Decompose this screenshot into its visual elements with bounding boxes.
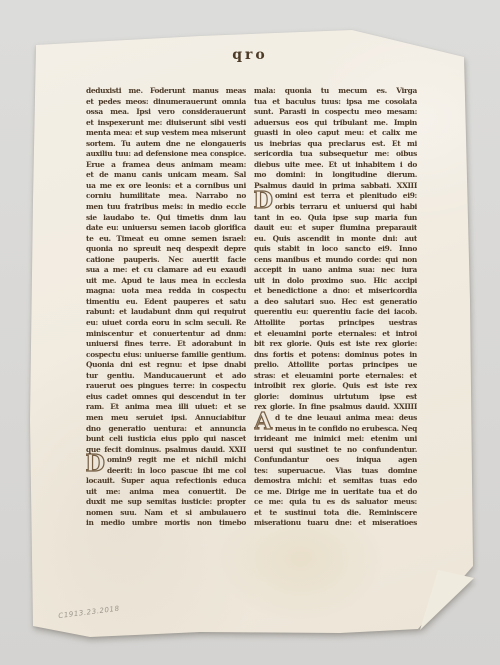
text-line: et te sustinui tota die. Reminiscere — [254, 508, 417, 519]
text-line: orbis terraru et uniuersi qui habi — [254, 202, 417, 213]
text-line: irrideant me inimici mei: etenim uni — [254, 434, 417, 445]
manuscript-leaf: qro deduxisti me. Foderunt manus measet … — [0, 0, 500, 665]
text-line: Erue a framea deus animam meam: — [86, 160, 246, 171]
text-line: et inspexerunt me: diuiserunt sibi vesti — [86, 118, 246, 129]
pen-initial: A — [254, 410, 274, 434]
text-line: ce me. Dirige me in ueritate tua et do — [254, 487, 417, 498]
text-line: men tuu fratribus meis: in medio eccle — [86, 202, 246, 213]
text-line: deduxisti me. Foderunt manus meas — [86, 86, 246, 97]
text-line: Quonia dni est regnu: et ipse dnabi — [86, 360, 246, 371]
pen-initial: D — [86, 452, 106, 476]
text-line: et benedictione a dno: et misericordia — [254, 286, 417, 297]
text-line: accepit in uano anima sua: nec iura — [254, 265, 417, 276]
text-line: que fecit dominus. psalmus dauid. XXII — [86, 445, 246, 456]
text-line: quis stabit in loco sancto ei9. Inno — [254, 244, 417, 255]
text-line: rauerut oes pingues terre: in cospectu — [86, 381, 246, 392]
text-line: a deo salutari suo. Hec est generatio — [254, 297, 417, 308]
text-line: tes: superuacue. Vias tuas domine — [254, 466, 417, 477]
running-title: qro — [210, 47, 290, 63]
text-line: miserationu tuaru dne: et miseratioes — [254, 518, 417, 529]
text-line: menta mea: et sup vestem mea miserunt — [86, 128, 246, 139]
text-line: rabunt: et laudabunt dnm qui requirut — [86, 307, 246, 318]
text-line: diebus uite mee. Et ut inhabitem i do — [254, 160, 417, 171]
text-line: meus in te confido no erubesca. Neq — [254, 424, 417, 435]
text-column-right: mala: quonia tu mecum es. Virgatua et ba… — [254, 86, 417, 532]
text-line: Psalmus dauid in prima sabbati. XXIII — [254, 181, 417, 192]
text-line: uit me: anima mea conuertit. De — [86, 487, 246, 498]
text-line: date eu: uniuersu semen iacob glorifica — [86, 223, 246, 234]
text-line: bit rex glorie. Quis est iste rex glorie… — [254, 339, 417, 350]
text-line: quonia no spreuit neq despexit depre — [86, 244, 246, 255]
text-line: d te dne leuaui anima mea: deus — [254, 413, 417, 424]
text-line: sie laudabo te. Qui timetis dnm lau — [86, 213, 246, 224]
text-line: men meu seruiet ipsi. Annuciabitur — [86, 413, 246, 424]
text-line: timentiu eu. Edent pauperes et satu — [86, 297, 246, 308]
text-line: Attollite portas principes uestras — [254, 318, 417, 329]
text-line: in medio umbre mortis non timebo — [86, 518, 246, 529]
text-line: tant in eo. Quia ipse sup maria fun — [254, 213, 417, 224]
text-line: dno generatio uentura: et annuncia — [86, 424, 246, 435]
text-line: deerit: in loco pascue ibi me col — [86, 466, 246, 477]
text-line: mala: quonia tu mecum es. Virga — [254, 86, 417, 97]
text-line: Confundantur oes iniqua agen — [254, 455, 417, 466]
text-line: sunt. Parasti in cospectu meo mesam: — [254, 107, 417, 118]
text-line: magna: uota mea redda in cospectu — [86, 286, 246, 297]
text-line: guasti in oleo caput meu: et calix me — [254, 128, 417, 139]
text-line: eius cadet omnes qui descendut in ter — [86, 392, 246, 403]
text-line: duxit me sup semitas iusticie: propter — [86, 497, 246, 508]
text-line: eu. Quis ascendit in monte dni: aut — [254, 234, 417, 245]
text-line: et de manu canis unicam meam. Sal — [86, 170, 246, 181]
text-line: ossa mea. Ipsi vero considerauerunt — [86, 107, 246, 118]
text-line: et eleuamini porte eternales: et introi — [254, 329, 417, 340]
text-line: mo domini: in longitudine dierum. — [254, 170, 417, 181]
text-line: tur gentiu. Manducauerunt et ado — [86, 371, 246, 382]
text-line: eu: uiuet corda eoru in sclm seculi. Re — [86, 318, 246, 329]
text-line: aduersus eos qui tribulant me. Impin — [254, 118, 417, 129]
text-line: cospectu eius: uniuerse familie gentium. — [86, 350, 246, 361]
text-line: glorie: dominus uirtutum ipse est — [254, 392, 417, 403]
photo-background: qro deduxisti me. Foderunt manus measet … — [0, 0, 500, 665]
text-line: sortem. Tu autem dne ne elongaueris — [86, 139, 246, 150]
text-line: auxiliu tuu: ad defensione mea conspice. — [86, 149, 246, 160]
text-line: ua me ex ore leonis: et a cornibus uni — [86, 181, 246, 192]
text-line: uersi qui sustinet te no confundentur. — [254, 445, 417, 456]
text-column-left: deduxisti me. Foderunt manus measet pede… — [86, 86, 246, 532]
text-line: rex glorie. In fine psalmus dauid. XXIII… — [254, 402, 417, 413]
text-line: uit me. Apud te laus mea in ecclesia — [86, 276, 246, 287]
text-line: omini est terra et plenitudo ei9: — [254, 191, 417, 202]
text-line: cens manibus et mundo corde: qui non — [254, 255, 417, 266]
text-line: dns fortis et potens: dominus potes in — [254, 350, 417, 361]
text-line: sua a me: et cu clamare ad eu exaudi — [86, 265, 246, 276]
text-line: demostra michi: et semitas tuas edo — [254, 476, 417, 487]
text-line: tua et baculus tuus: ipsa me cosolata — [254, 97, 417, 108]
text-line: uniuersi fines terre. Et adorabunt in — [86, 339, 246, 350]
text-line: omin9 regit me et nichil michi — [86, 455, 246, 466]
text-line: te eu. Timeat eu omne semen israel: — [86, 234, 246, 245]
text-line: dauit eu: et super flumina preparauit — [254, 223, 417, 234]
text-line: et pedes meos: dinumerauerunt omnia — [86, 97, 246, 108]
text-line: bunt celi iusticia eius pplo qui nascet — [86, 434, 246, 445]
text-line: catione pauperis. Nec auertit facie — [86, 255, 246, 266]
text-line: sericordia tua subsequetur me: oibus — [254, 149, 417, 160]
leaf-shadow-wrapper: qro deduxisti me. Foderunt manus measet … — [0, 0, 500, 665]
text-line: introibit rex glorie. Quis est iste rex — [254, 381, 417, 392]
text-line: miniscentur et conuertentur ad dnm: — [86, 329, 246, 340]
text-line: ram. Et anima mea illi uiuet: et se — [86, 402, 246, 413]
text-line: ce me: quia tu es ds saluator meus: — [254, 497, 417, 508]
pen-initial: D — [254, 189, 274, 213]
text-line: uit in dolo proximo suo. Hic accipi — [254, 276, 417, 287]
text-line: prelio. Attollite portas principes ue — [254, 360, 417, 371]
text-line: stras: et eleuamini porte eternales: et — [254, 371, 417, 382]
text-line: us inebrias qua preclarus est. Et mi — [254, 139, 417, 150]
text-line: corniu humilitate mea. Narrabo no — [86, 191, 246, 202]
text-line: querentiu eu: querentiu facie dei iacob. — [254, 307, 417, 318]
text-line: nomen suu. Nam et si ambulauero — [86, 508, 246, 519]
text-line: locauit. Super aqua refectionis educa — [86, 476, 246, 487]
